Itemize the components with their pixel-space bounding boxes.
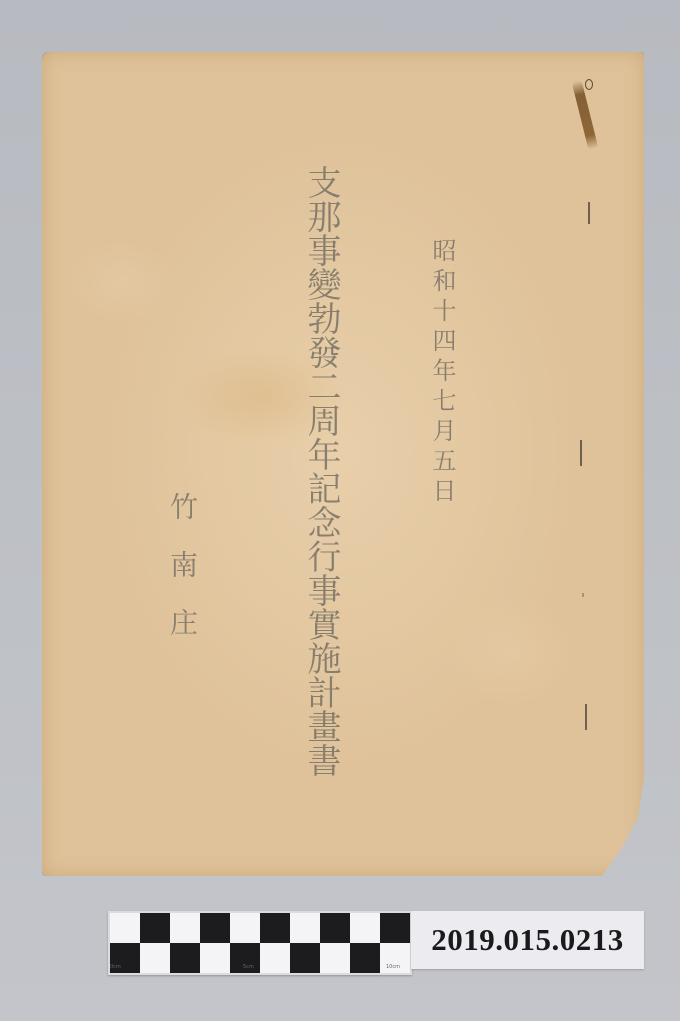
scale-square-light <box>320 943 350 973</box>
scale-square-light <box>200 943 230 973</box>
scale-tick-0: 0cm <box>110 964 121 970</box>
document-title: 支那事變勃發二周年記念行事實施計畫書 <box>302 165 340 777</box>
document-paper <box>42 52 644 876</box>
scale-tick-10: 10cm <box>386 964 400 970</box>
binding-mark <box>588 202 590 224</box>
accession-number: 2019.015.0213 <box>431 922 624 958</box>
document-place: 竹南庄 <box>166 492 198 666</box>
scale-square-dark <box>260 913 290 943</box>
scale-square-dark <box>380 913 410 943</box>
scale-square-light <box>110 913 140 943</box>
scale-square-dark <box>170 943 200 973</box>
binding-mark <box>585 704 587 730</box>
scale-square-light <box>290 913 320 943</box>
scale-square-dark <box>140 913 170 943</box>
scale-square-light <box>170 913 200 943</box>
scale-square-dark <box>320 913 350 943</box>
document-date: 昭和十四年七月五日 <box>428 238 456 508</box>
scale-square-dark <box>350 943 380 973</box>
color-scale-bar <box>108 911 412 975</box>
binding-mark <box>582 593 584 597</box>
scale-square-dark <box>200 913 230 943</box>
accession-number-label: 2019.015.0213 <box>411 911 644 969</box>
binding-mark <box>580 440 582 466</box>
scale-square-dark <box>290 943 320 973</box>
scale-tick-5: 5cm <box>243 964 254 970</box>
binding-hole-mark <box>585 79 593 90</box>
scale-square-light <box>350 913 380 943</box>
scale-square-light <box>230 913 260 943</box>
scale-square-light <box>260 943 290 973</box>
scale-square-light <box>140 943 170 973</box>
